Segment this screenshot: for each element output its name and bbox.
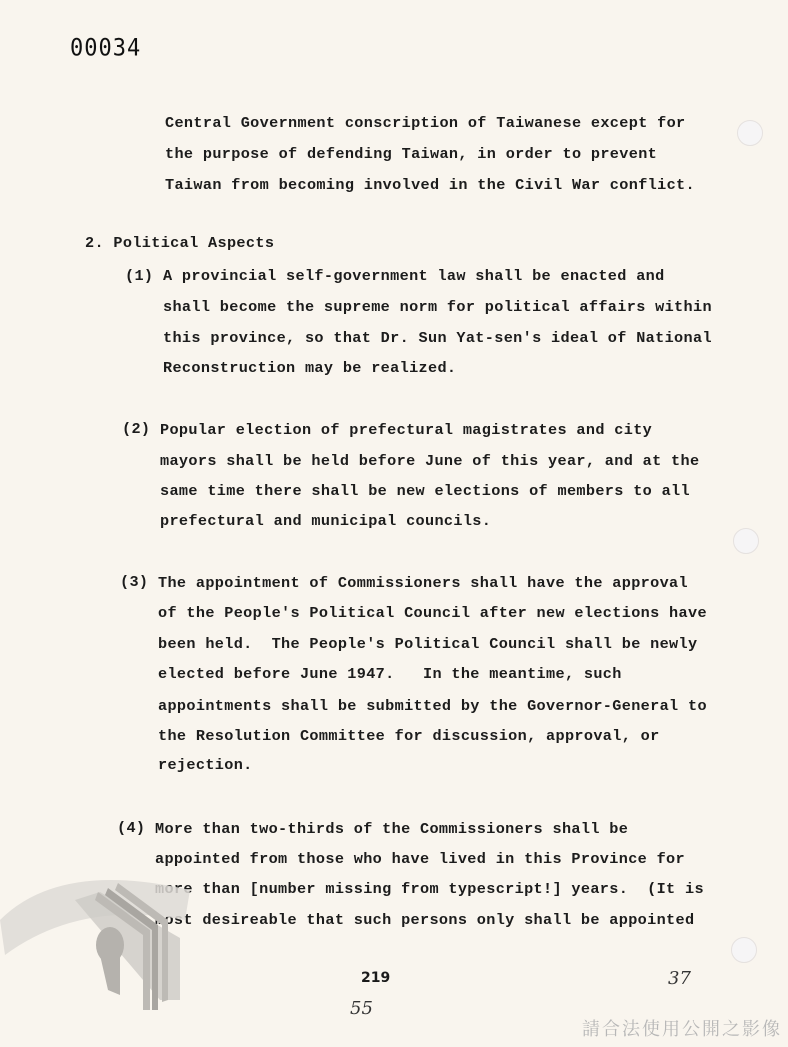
continuation-line: Central Government conscription of Taiwa… [165, 114, 686, 132]
item-line: same time there shall be new elections o… [160, 482, 690, 500]
archive-logo-icon [0, 850, 200, 1010]
item-line: The appointment of Commissioners shall h… [158, 574, 688, 592]
document-number: 00034 [70, 35, 141, 63]
item-line: this province, so that Dr. Sun Yat-sen's… [163, 329, 712, 347]
continuation-line: Taiwan from becoming involved in the Civ… [165, 176, 695, 194]
item-line: of the People's Political Council after … [158, 604, 707, 622]
item-line: Reconstruction may be realized. [163, 359, 456, 377]
item-marker: (4) [117, 819, 145, 837]
item-line: shall become the supreme norm for politi… [163, 298, 712, 316]
punch-hole [737, 120, 763, 146]
item-line: the Resolution Committee for discussion,… [158, 727, 660, 745]
item-line: rejection. [158, 756, 253, 774]
handwritten-annotation: 37 [668, 968, 691, 989]
item-marker: (2) [122, 420, 150, 438]
item-line: most desireable that such persons only s… [155, 911, 694, 929]
item-line: mayors shall be held before June of this… [160, 452, 699, 470]
watermark-text: 請合法使用公開之影像 [582, 1015, 782, 1041]
item-line: appointments shall be submitted by the G… [158, 697, 707, 715]
item-line: appointed from those who have lived in t… [155, 850, 685, 868]
document-page: 00034 Central Government conscription of… [0, 0, 788, 1047]
item-line: elected before June 1947. In the meantim… [158, 665, 622, 683]
page-number: 219 [361, 970, 390, 986]
punch-hole [731, 937, 757, 963]
item-line: A provincial self-government law shall b… [163, 267, 665, 285]
item-line: more than [number missing from typescrip… [155, 880, 704, 898]
punch-hole [733, 528, 759, 554]
item-line: More than two-thirds of the Commissioner… [155, 820, 628, 838]
item-line: Popular election of prefectural magistra… [160, 421, 652, 439]
item-line: been held. The People's Political Counci… [158, 635, 697, 653]
handwritten-annotation: 55 [350, 998, 373, 1019]
item-line: prefectural and municipal councils. [160, 512, 491, 530]
item-marker: (1) [125, 267, 153, 285]
item-marker: (3) [120, 573, 148, 591]
section-heading: 2. Political Aspects [85, 234, 274, 252]
continuation-line: the purpose of defending Taiwan, in orde… [165, 145, 657, 163]
